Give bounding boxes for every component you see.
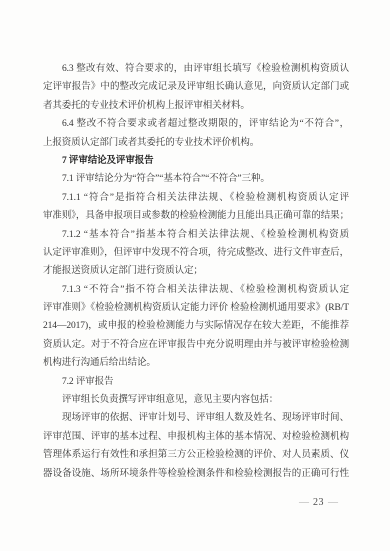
text-line: 214—2017)，或申报的检验检测能力与实际情况存在较大差距，不能推荐: [43, 317, 349, 335]
page-number: 23: [313, 497, 324, 508]
text-line: 7.1.3 “不符合”指不符合相关法律法规、《检验检测机构资质认定: [43, 281, 349, 299]
text-line: 审准则》，具备申报项目或参数的检验检测能力且能出具正确可靠的结果；: [43, 207, 349, 225]
text-line: 现场评审的依据、评审计划号、评审组人数及姓名、现场评审时间、: [43, 409, 349, 427]
document-body: 6.3 整改有效、符合要求的，由评审组长填写《检验检测机构资质认定评审报告》中的…: [43, 60, 349, 483]
footer-dash-left: —: [299, 497, 309, 508]
text-line: 评审范围、评审的基本过程、申报机构主体的基本情况、对检验检测机构: [43, 428, 349, 446]
text-line: 6.3 整改有效、符合要求的，由评审组长填写《检验检测机构资质认: [43, 60, 349, 78]
document-page: 6.3 整改有效、符合要求的，由评审组长填写《检验检测机构资质认定评审报告》中的…: [0, 0, 390, 551]
text-line: 6.4 整改不符合要求或者超过整改期限的，评审结论为“不符合”，: [43, 115, 349, 133]
text-line: 才能报送资质认定部门进行资质认定；: [43, 262, 349, 280]
text-line: 7.1 评审结论分为“符合”“基本符合”“不符合”三种。: [43, 170, 349, 188]
text-line: 评审组长负责撰写评审组意见，意见主要内容包括：: [43, 391, 349, 409]
text-line: 机构进行沟通后给出结论。: [43, 354, 349, 372]
text-line: 资质认定。对于不符合应在评审报告中充分说明理由并与被评审检验检测: [43, 336, 349, 354]
text-line: 7.1.1 “符合”是指符合相关法律法规、《检验检测机构资质认定评: [43, 189, 349, 207]
text-line: 7.1.2 “基本符合”指基本符合相关法律法规、《检验检测机构资质: [43, 226, 349, 244]
footer-dash-right: —: [328, 497, 338, 508]
text-line: 管理体系运行有效性和承担第三方公正检验检测的评价、对人员素质、仪: [43, 446, 349, 464]
text-line: 7.2 评审报告: [43, 373, 349, 391]
text-line: 定评审报告》中的整改完成记录及评审组长确认意见，向资质认定部门或: [43, 78, 349, 96]
text-line: 器设备设施、场所环境条件等检验检测条件和检验检测报告的正确可行性: [43, 465, 349, 483]
text-line: 者其委托的专业技术评价机构上报评审相关材料。: [43, 97, 349, 115]
text-line: 上报资质认定部门或者其委托的专业技术评价机构。: [43, 134, 349, 152]
text-line: 评审准则》《检验检测机构资质认定能力评价 检验检测机通用要求》(RB/T: [43, 299, 349, 317]
text-line: 认定评审准则》，但评审中发现不符合项，待完成整改、进行文件审查后，: [43, 244, 349, 262]
page-footer: —23—: [299, 497, 338, 509]
section-heading: 7 评审结论及评审报告: [43, 152, 349, 170]
